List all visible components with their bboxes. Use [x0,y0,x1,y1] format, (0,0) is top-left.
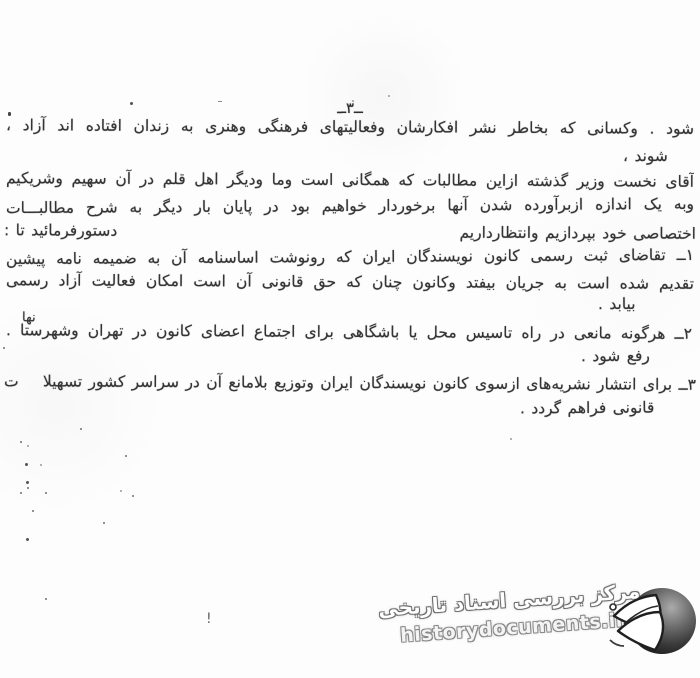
scan-speck [20,441,22,443]
scan-speck [26,481,29,484]
scan-speck [20,492,22,494]
scan-speck [27,487,29,489]
comma-mark [8,112,11,116]
inserted-word-above-line: نها [22,306,36,329]
document-line: آقای نخست وزیر گذشته ازاین مطالبات که هم… [6,167,694,194]
document-line: بیابد . [598,293,636,316]
scan-speck [80,428,82,430]
document-line: وبه یک اندازه ازبرآورده شدن آنها برخوردا… [6,193,694,220]
document-line: شوند ، [623,145,668,168]
logo-open-book-pages-icon [608,588,678,660]
scan-speck [40,464,42,466]
line-segment-left: دستورفرمائید تا : [4,219,117,243]
scan-speck [45,598,47,600]
document-line: تقدیم شده است به جریان بیفتد وکانون چنان… [6,269,694,296]
line-segment-right: ٣ــ برای انتشار نشریه‌های ازسوی کانون نو… [43,370,696,396]
stray-exclamation-mark: ! [207,611,212,627]
scan-speck [32,510,34,512]
scan-speck [26,538,29,541]
scan-speck [103,522,105,524]
scan-speck [45,492,47,494]
document-line: اختصاصی خود بپردازیم وانتظارداریم دستورف… [4,219,696,246]
line-segment-right: اختصاصی خود بپردازیم وانتظارداریم [459,222,696,246]
scan-speck [218,101,222,102]
document-line: ٢ــ هرگونه مانعی در راه تاسیس محل یا باش… [6,319,692,346]
scan-speck [388,95,390,97]
scan-speck [25,463,28,466]
scan-speck [510,438,512,440]
document-line: ١ــ تقاضای ثبت رسمی کانون نویسندگان ایرا… [6,244,694,271]
document-line: قانونی فراهم گردد . [520,397,655,421]
scan-speck [120,490,122,492]
scan-speck [130,102,133,105]
document-line: ٣ــ برای انتشار نشریه‌های ازسوی کانون نو… [4,370,696,397]
scan-speck [125,455,127,457]
document-body: ــ٣ــ شود . وکسانی که بخاطر نشر افکارشان… [0,0,700,678]
document-line: رفع شود . [581,345,650,368]
scan-speck [3,347,5,349]
document-line: شود . وکسانی که بخاطر نشر افکارشان وفعال… [6,114,694,141]
scan-speck [352,100,354,102]
line-main-text: ٢ــ هرگونه مانعی در راه تاسیس محل یا باش… [6,321,692,343]
scan-speck [27,445,29,447]
history-documents-logo-icon [602,584,698,664]
scanned-document-page: ــ٣ــ شود . وکسانی که بخاطر نشر افکارشان… [0,0,700,678]
scan-speck [132,495,134,497]
line-segment-left: ت [4,370,19,393]
watermark: مرکز بررسی اسناد تاریخی historydocuments… [348,584,700,670]
